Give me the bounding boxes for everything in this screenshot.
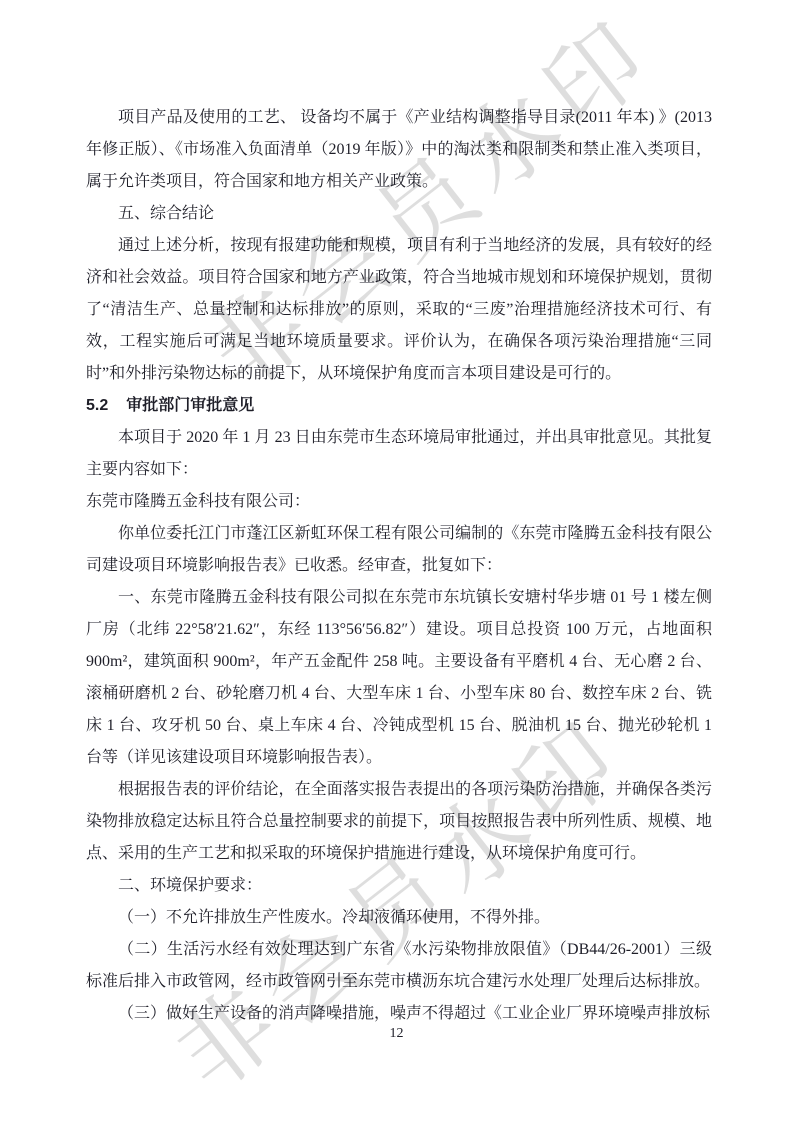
paragraph-report-received: 你单位委托江门市蓬江区新虹环保工程有限公司编制的《东莞市隆腾五金科技有限公司建设…	[86, 518, 712, 582]
section-number: 5.2	[86, 397, 108, 414]
paragraph-requirement-2: （二）生活污水经有效处理达到广东省《水污染物排放限值》（DB44/26-2001…	[86, 934, 712, 998]
section-title: 审批部门审批意见	[126, 397, 254, 414]
paragraph-company-salutation: 东莞市隆腾五金科技有限公司：	[86, 486, 712, 518]
section-heading: 5.2审批部门审批意见	[86, 390, 712, 422]
document-page: 非会员水印 非会员水印 项目产品及使用的工艺、 设备均不属于《产业结构调整指导目…	[0, 0, 793, 1122]
paragraph-policy-conformance: 项目产品及使用的工艺、 设备均不属于《产业结构调整指导目录(2011 年本) 》…	[86, 102, 712, 198]
page-number: 12	[0, 1026, 793, 1042]
paragraph-evaluation-conclusion: 根据报告表的评价结论，在全面落实报告表提出的各项污染防治措施，并确保各类污染物排…	[86, 774, 712, 870]
paragraph-project-description: 一、东莞市隆腾五金科技有限公司拟在东莞市东坑镇长安塘村华步塘 01 号 1 楼左…	[86, 582, 712, 774]
page-content: 项目产品及使用的工艺、 设备均不属于《产业结构调整指导目录(2011 年本) 》…	[86, 102, 712, 1030]
paragraph-conclusion-title: 五、综合结论	[86, 198, 712, 230]
paragraph-conclusion-body: 通过上述分析，按现有报建功能和规模，项目有利于当地经济的发展，具有较好的经济和社…	[86, 230, 712, 390]
paragraph-requirement-1: （一）不允许排放生产性废水。冷却液循环使用，不得外排。	[86, 902, 712, 934]
paragraph-env-requirements-title: 二、环境保护要求：	[86, 870, 712, 902]
paragraph-approval-intro: 本项目于 2020 年 1 月 23 日由东莞市生态环境局审批通过，并出具审批意…	[86, 422, 712, 486]
